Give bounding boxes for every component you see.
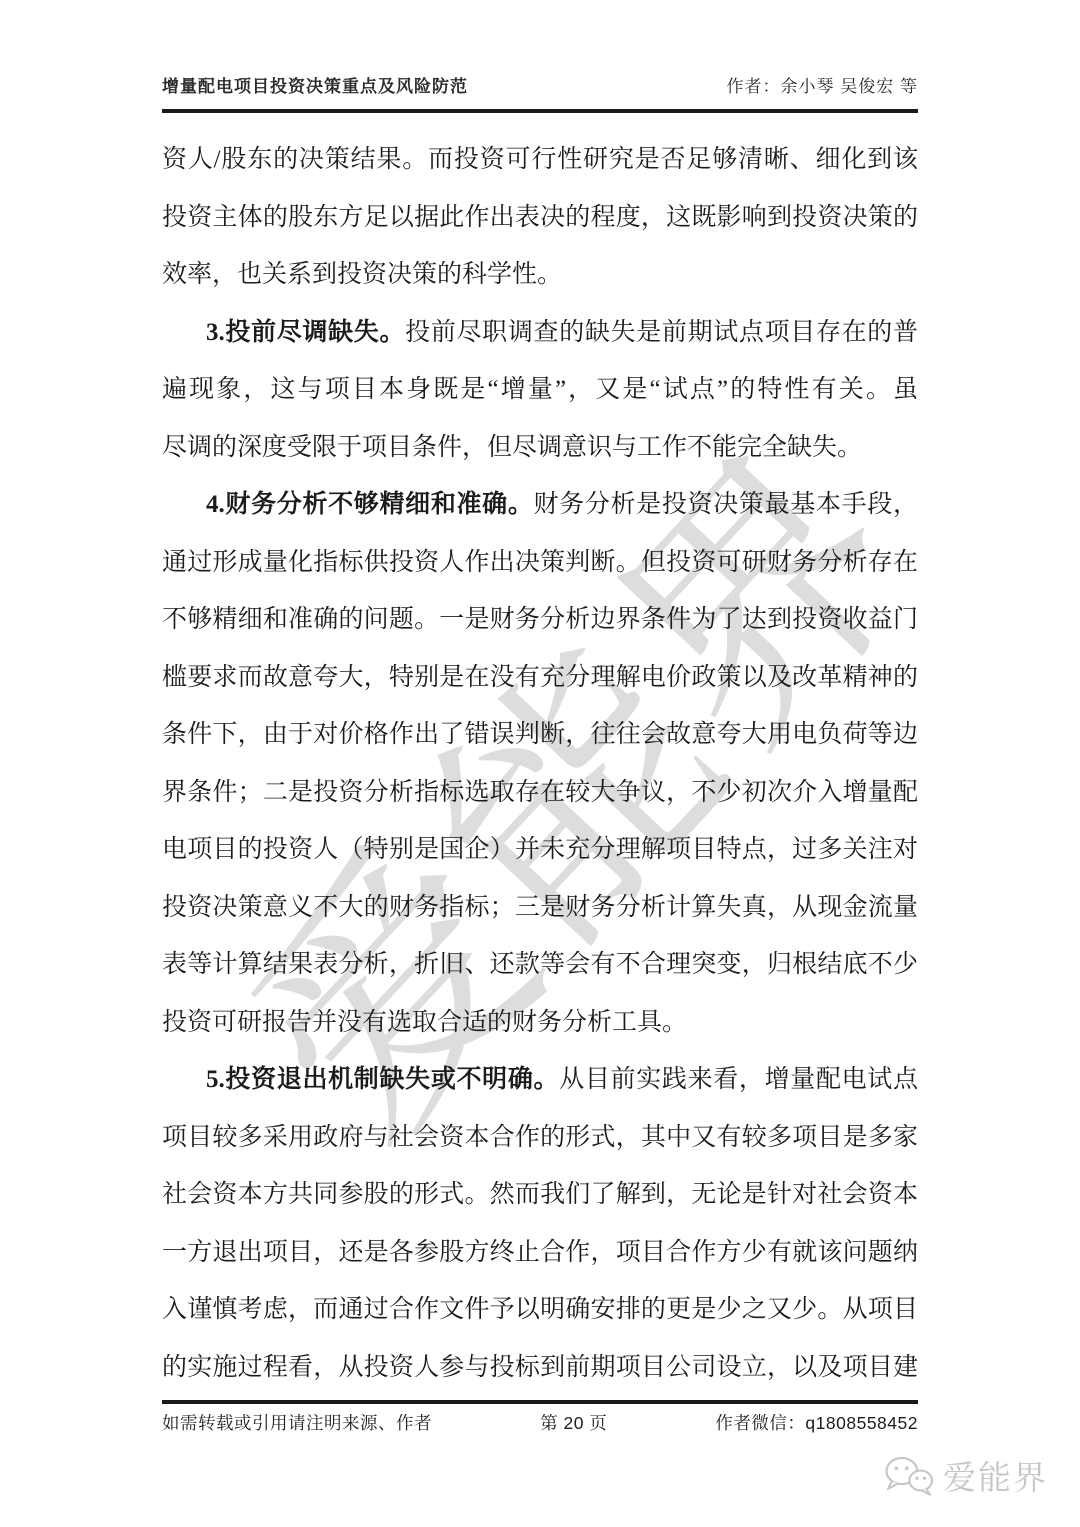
page-number: 第 20 页 (540, 1410, 607, 1435)
text-line: 5.投资退出机制缺失或不明确。从目前实践来看，增量配电试点 (162, 1051, 918, 1109)
section-heading: 3.投前尽调缺失。 (206, 319, 405, 346)
text-line: 槛要求而故意夸大，特别是在没有充分理解电价政策以及改革精神的 (162, 649, 918, 707)
page-header-title: 增量配电项目投资决策重点及风险防范 (162, 72, 468, 97)
text-line: 界条件；二是投资分析指标选取存在较大争议，不少初次介入增量配 (162, 764, 918, 822)
text-line: 通过形成量化指标供投资人作出决策判断。但投资可研财务分析存在 (162, 534, 918, 592)
text-line: 尽调的深度受限于项目条件，但尽调意识与工作不能完全缺失。 (162, 419, 918, 477)
text-line: 电项目的投资人（特别是国企）并未充分理解项目特点，过多关注对 (162, 821, 918, 879)
text-line: 的实施过程看，从投资人参与投标到前期项目公司设立，以及项目建 (162, 1339, 918, 1397)
footer-copyright-note: 如需转载或引用请注明来源、作者 (162, 1410, 432, 1435)
text-line: 不够精细和准确的问题。一是财务分析边界条件为了达到投资收益门 (162, 591, 918, 649)
text-line: 效率，也关系到投资决策的科学性。 (162, 246, 918, 304)
document-page: 增量配电项目投资决策重点及风险防范 作者：余小琴 吴俊宏 等 爱能界 资人/股东… (0, 0, 1080, 1527)
text-line: 投资可研报告并没有选取合适的财务分析工具。 (162, 994, 918, 1052)
section-heading: 4.财务分析不够精细和准确。 (206, 491, 534, 518)
text-line: 资人/股东的决策结果。而投资可行性研究是否足够清晰、细化到该 (162, 131, 918, 189)
text-line: 遍现象，这与项目本身既是“增量”，又是“试点”的特性有关。虽 (162, 361, 918, 419)
footer-wechat-contact: 作者微信：q1808558452 (715, 1410, 918, 1435)
section-heading: 5.投资退出机制缺失或不明确。 (206, 1066, 559, 1093)
text-line: 3.投前尽调缺失。投前尽职调查的缺失是前期试点项目存在的普 (162, 304, 918, 362)
page-header: 增量配电项目投资决策重点及风险防范 作者：余小琴 吴俊宏 等 (162, 72, 918, 97)
header-rule (162, 109, 918, 113)
wechat-bubbles-icon (882, 1454, 936, 1498)
text-line: 一方退出项目，还是各参股方终止合作，项目合作方少有就该问题纳 (162, 1224, 918, 1282)
text-line: 投资决策意义不大的财务指标；三是财务分析计算失真，从现金流量 (162, 879, 918, 937)
text-line: 项目较多采用政府与社会资本合作的形式，其中又有较多项目是多家 (162, 1109, 918, 1167)
page-footer: 如需转载或引用请注明来源、作者 第 20 页 作者微信：q1808558452 (162, 1410, 918, 1435)
text-line: 4.财务分析不够精细和准确。财务分析是投资决策最基本手段， (162, 476, 918, 534)
page-header-author: 作者：余小琴 吴俊宏 等 (727, 72, 918, 97)
brand-logo: 爱能界 (882, 1452, 1048, 1499)
brand-name: 爱能界 (943, 1452, 1048, 1499)
text-line: 投资主体的股东方足以据此作出表决的程度，这既影响到投资决策的 (162, 189, 918, 247)
text-line: 入谨慎考虑，而通过合作文件予以明确安排的更是少之又少。从项目 (162, 1281, 918, 1339)
text-line: 条件下，由于对价格作出了错误判断，往往会故意夸大用电负荷等边 (162, 706, 918, 764)
text-line: 表等计算结果表分析，折旧、还款等会有不合理突变，归根结底不少 (162, 936, 918, 994)
body-text: 资人/股东的决策结果。而投资可行性研究是否足够清晰、细化到该 投资主体的股东方足… (162, 131, 918, 1396)
text-line: 社会资本方共同参股的形式。然而我们了解到，无论是针对社会资本 (162, 1166, 918, 1224)
footer-rule (162, 1400, 918, 1404)
